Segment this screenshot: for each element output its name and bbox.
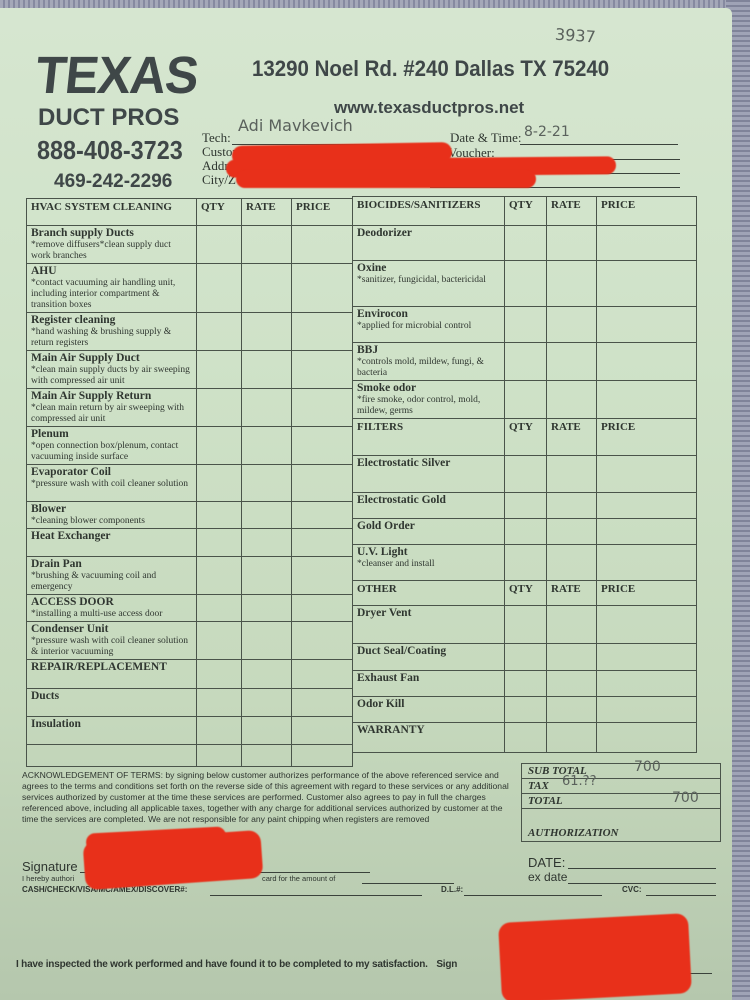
item-description-cell: Ducts: [27, 689, 197, 717]
price-cell[interactable]: [292, 595, 353, 622]
table-row: Oxine*sanitizer, fungicidal, bactericida…: [353, 261, 697, 307]
item-desc: *fire smoke, odor control, mold, mildew,…: [357, 395, 500, 417]
exdate-label: ex date: [528, 870, 567, 884]
exdate-field[interactable]: [568, 883, 716, 884]
rate-cell[interactable]: [242, 622, 292, 660]
hvac-header-row: HVAC SYSTEM CLEANINGQTYRATEPRICE: [27, 199, 353, 226]
cvc-label: CVC:: [622, 885, 642, 894]
item-name: Odor Kill: [357, 698, 500, 711]
inspection-text: I have inspected the work performed and …: [16, 959, 428, 970]
item-description-cell: Oxine*sanitizer, fungicidal, bactericida…: [353, 261, 505, 307]
item-name: Deodorizer: [357, 227, 500, 240]
qty-cell[interactable]: [197, 427, 242, 465]
item-name: ACCESS DOOR: [31, 596, 192, 609]
rate-cell[interactable]: [547, 644, 597, 671]
table-row: Smoke odor*fire smoke, odor control, mol…: [353, 381, 697, 419]
item-desc: *remove diffusers*clean supply duct work…: [31, 240, 192, 262]
rate-cell[interactable]: [547, 226, 597, 261]
phone-primary: 888-408-3723: [37, 135, 183, 166]
item-desc: *clean main return by air sweeping with …: [31, 403, 192, 425]
rate-cell[interactable]: [547, 671, 597, 697]
logo-duct-pros: DUCT PROS: [38, 104, 179, 132]
dl-field[interactable]: [464, 895, 602, 896]
qty-cell[interactable]: [505, 519, 547, 545]
rate-cell[interactable]: [547, 545, 597, 581]
logo-texas: TEXAS: [33, 45, 201, 106]
item-description-cell: Exhaust Fan: [353, 671, 505, 697]
item-name: Electrostatic Silver: [357, 457, 500, 470]
item-name: Condenser Unit: [31, 623, 192, 636]
qty-cell[interactable]: [505, 723, 547, 753]
qty-cell[interactable]: [505, 261, 547, 307]
table-row: Heat Exchanger: [27, 529, 353, 557]
price-cell[interactable]: [292, 313, 353, 351]
qty-cell[interactable]: [197, 502, 242, 529]
tech-field[interactable]: Adi Mavkevich: [238, 116, 353, 135]
charge-amount-field[interactable]: [362, 883, 454, 884]
item-name: Drain Pan: [31, 558, 192, 571]
rate-cell[interactable]: [242, 557, 292, 595]
terms-acknowledgement: ACKNOWLEDGEMENT OF TERMS: by signing bel…: [22, 770, 512, 825]
table-row: Ducts: [27, 689, 353, 717]
section-title: OTHER: [353, 581, 505, 606]
item-desc: *pressure wash with coil cleaner solutio…: [31, 479, 192, 490]
item-name: Main Air Supply Return: [31, 390, 192, 403]
item-description-cell: Electrostatic Silver: [353, 456, 505, 493]
table-row: REPAIR/REPLACEMENT: [27, 660, 353, 689]
item-name: Gold Order: [357, 520, 500, 533]
item-name: Electrostatic Gold: [357, 494, 500, 507]
item-description-cell: U.V. Light*cleanser and install: [353, 545, 505, 581]
item-description-cell: Deodorizer: [353, 226, 505, 261]
rate-cell[interactable]: [242, 717, 292, 745]
item-description-cell: BBJ*controls mold, mildew, fungi, & bact…: [353, 343, 505, 381]
section-title: BIOCIDES/SANITIZERS: [353, 197, 505, 226]
dl-label: D.L.#:: [441, 885, 463, 894]
qty-cell[interactable]: [197, 595, 242, 622]
date-field[interactable]: [568, 868, 716, 869]
price-cell[interactable]: [292, 557, 353, 595]
price-cell[interactable]: [597, 545, 697, 581]
item-desc: *controls mold, mildew, fungi, & bacteri…: [357, 357, 500, 379]
item-description-cell: REPAIR/REPLACEMENT: [27, 660, 197, 689]
rate-cell[interactable]: [547, 697, 597, 723]
table-row: Electrostatic Gold: [353, 493, 697, 519]
company-address: 13290 Noel Rd. #240 Dallas TX 75240: [252, 56, 609, 82]
rate-cell[interactable]: [547, 456, 597, 493]
table-row: Exhaust Fan: [353, 671, 697, 697]
qty-cell[interactable]: [505, 606, 547, 644]
item-desc: *sanitizer, fungicidal, bactericidal: [357, 275, 500, 286]
biocides-header-row: BIOCIDES/SANITIZERSQTYRATEPRICE: [353, 197, 697, 226]
redaction-city: [236, 170, 536, 188]
item-description-cell: Dryer Vent: [353, 606, 505, 644]
table-row: [27, 745, 353, 767]
qty-cell[interactable]: [197, 717, 242, 745]
filters-header-row: FILTERSQTYRATEPRICE: [353, 419, 697, 456]
item-description-cell: Register cleaning*hand washing & brushin…: [27, 313, 197, 351]
inspection-statement: I have inspected the work performed and …: [16, 959, 457, 970]
column-header-price: PRICE: [292, 199, 353, 226]
total-label: TOTAL: [528, 795, 563, 807]
total-row: TOTAL 700: [522, 794, 721, 809]
item-name: Blower: [31, 503, 192, 516]
table-row: Deodorizer: [353, 226, 697, 261]
item-desc: *hand washing & brushing supply & return…: [31, 327, 192, 349]
rate-cell[interactable]: [242, 389, 292, 427]
other-header-row: OTHERQTYRATEPRICE: [353, 581, 697, 606]
item-description-cell: Odor Kill: [353, 697, 505, 723]
authorize-text-end: card for the amount of: [262, 874, 335, 883]
table-row: Blower*cleaning blower components: [27, 502, 353, 529]
price-cell[interactable]: [597, 519, 697, 545]
table-row: Dryer Vent: [353, 606, 697, 644]
signature-label: Signature: [22, 859, 78, 874]
qty-cell[interactable]: [197, 557, 242, 595]
rate-cell[interactable]: [242, 595, 292, 622]
rate-cell[interactable]: [547, 493, 597, 519]
qty-cell[interactable]: [505, 343, 547, 381]
price-cell[interactable]: [597, 226, 697, 261]
rate-cell[interactable]: [242, 529, 292, 557]
table-row: ACCESS DOOR*installing a multi-use acces…: [27, 595, 353, 622]
qty-cell[interactable]: [505, 493, 547, 519]
column-header-qty: QTY: [505, 581, 547, 606]
column-header-qty: QTY: [505, 419, 547, 456]
qty-cell[interactable]: [505, 644, 547, 671]
qty-cell[interactable]: [505, 381, 547, 419]
cvc-field[interactable]: [646, 895, 716, 896]
item-name: Insulation: [31, 718, 192, 731]
column-header-price: PRICE: [597, 581, 697, 606]
column-header-qty: QTY: [197, 199, 242, 226]
item-description-cell: Drain Pan*brushing & vacuuming coil and …: [27, 557, 197, 595]
price-cell[interactable]: [292, 465, 353, 502]
table-row: Branch supply Ducts*remove diffusers*cle…: [27, 226, 353, 264]
rate-cell[interactable]: [242, 351, 292, 389]
hvac-table: HVAC SYSTEM CLEANINGQTYRATEPRICEBranch s…: [26, 198, 353, 767]
qty-cell[interactable]: [505, 697, 547, 723]
rate-cell[interactable]: [242, 502, 292, 529]
item-description-cell: Electrostatic Gold: [353, 493, 505, 519]
qty-cell[interactable]: [197, 465, 242, 502]
rate-cell[interactable]: [547, 381, 597, 419]
item-name: Exhaust Fan: [357, 672, 500, 685]
item-desc: *contact vacuuming air handling unit, in…: [31, 278, 192, 311]
item-desc: *open connection box/plenum, contact vac…: [31, 441, 192, 463]
item-desc: *installing a multi-use access door: [31, 609, 192, 620]
price-cell[interactable]: [292, 389, 353, 427]
price-cell[interactable]: [597, 671, 697, 697]
rate-cell[interactable]: [547, 519, 597, 545]
item-desc: *clean main supply ducts by air sweeping…: [31, 365, 192, 387]
column-header-rate: RATE: [242, 199, 292, 226]
phone-secondary: 469-242-2296: [54, 171, 172, 193]
tax-value[interactable]: 61.??: [562, 774, 596, 789]
qty-cell[interactable]: [505, 226, 547, 261]
rate-cell[interactable]: [242, 745, 292, 767]
item-description-cell: Branch supply Ducts*remove diffusers*cle…: [27, 226, 197, 264]
item-description-cell: Envirocon*applied for microbial control: [353, 307, 505, 343]
price-cell[interactable]: [292, 717, 353, 745]
qty-cell[interactable]: [505, 456, 547, 493]
item-description-cell: [27, 745, 197, 767]
qty-cell[interactable]: [197, 660, 242, 689]
date-label: DATE:: [528, 855, 565, 870]
item-description-cell: Duct Seal/Coating: [353, 644, 505, 671]
payment-number-field[interactable]: [210, 895, 422, 896]
table-row: Register cleaning*hand washing & brushin…: [27, 313, 353, 351]
item-name: Duct Seal/Coating: [357, 645, 500, 658]
rate-cell[interactable]: [547, 343, 597, 381]
column-header-rate: RATE: [547, 581, 597, 606]
table-row: Main Air Supply Return*clean main return…: [27, 389, 353, 427]
subtotal-row: SUB TOTAL 700: [522, 764, 721, 779]
qty-cell[interactable]: [197, 389, 242, 427]
item-desc: *cleanser and install: [357, 559, 500, 570]
item-desc: *pressure wash with coil cleaner solutio…: [31, 636, 192, 658]
qty-cell[interactable]: [505, 671, 547, 697]
authorization-row: AUTHORIZATION: [522, 809, 721, 842]
item-description-cell: Insulation: [27, 717, 197, 745]
totals-table: SUB TOTAL 700 TAX 61.?? TOTAL 700 AUTHOR…: [521, 763, 721, 842]
rate-cell[interactable]: [242, 313, 292, 351]
table-row: Odor Kill: [353, 697, 697, 723]
price-cell[interactable]: [597, 381, 697, 419]
item-desc: *brushing & vacuuming coil and emergency: [31, 571, 192, 593]
qty-cell[interactable]: [197, 745, 242, 767]
item-description-cell: AHU*contact vacuuming air handling unit,…: [27, 264, 197, 313]
item-description-cell: Smoke odor*fire smoke, odor control, mol…: [353, 381, 505, 419]
price-cell[interactable]: [292, 622, 353, 660]
qty-cell[interactable]: [197, 351, 242, 389]
invoice-form: TEXAS DUCT PROS 888-408-3723 469-242-229…: [0, 8, 732, 1000]
rate-cell[interactable]: [242, 465, 292, 502]
table-row: Gold Order: [353, 519, 697, 545]
item-description-cell: Main Air Supply Return*clean main return…: [27, 389, 197, 427]
table-row: Electrostatic Silver: [353, 456, 697, 493]
price-cell[interactable]: [597, 307, 697, 343]
price-cell[interactable]: [597, 697, 697, 723]
qty-cell[interactable]: [197, 226, 242, 264]
table-row: WARRANTY: [353, 723, 697, 753]
qty-cell[interactable]: [197, 264, 242, 313]
rate-cell[interactable]: [242, 427, 292, 465]
table-row: Plenum*open connection box/plenum, conta…: [27, 427, 353, 465]
item-name: Plenum: [31, 428, 192, 441]
item-description-cell: WARRANTY: [353, 723, 505, 753]
item-name: Ducts: [31, 690, 192, 703]
column-header-rate: RATE: [547, 197, 597, 226]
price-cell[interactable]: [597, 606, 697, 644]
qty-cell[interactable]: [197, 622, 242, 660]
item-description-cell: Blower*cleaning blower components: [27, 502, 197, 529]
price-cell[interactable]: [292, 351, 353, 389]
price-cell[interactable]: [597, 456, 697, 493]
column-header-price: PRICE: [597, 197, 697, 226]
price-cell[interactable]: [292, 226, 353, 264]
item-name: Branch supply Ducts: [31, 227, 192, 240]
table-row: Evaporator Coil*pressure wash with coil …: [27, 465, 353, 502]
rate-cell[interactable]: [547, 307, 597, 343]
tax-label: TAX: [528, 780, 549, 792]
rate-cell[interactable]: [547, 723, 597, 753]
qty-cell[interactable]: [505, 307, 547, 343]
table-row: Duct Seal/Coating: [353, 644, 697, 671]
price-cell[interactable]: [597, 644, 697, 671]
inspection-signature-label: Sign: [436, 959, 457, 970]
form-number: 3937: [554, 25, 596, 47]
authorize-text-start: I hereby authori: [22, 874, 74, 883]
item-name: Envirocon: [357, 308, 500, 321]
rate-cell[interactable]: [242, 660, 292, 689]
item-name: Main Air Supply Duct: [31, 352, 192, 365]
price-cell[interactable]: [292, 745, 353, 767]
item-name: Dryer Vent: [357, 607, 500, 620]
item-desc: *applied for microbial control: [357, 321, 500, 332]
table-row: Main Air Supply Duct*clean main supply d…: [27, 351, 353, 389]
table-row: BBJ*controls mold, mildew, fungi, & bact…: [353, 343, 697, 381]
item-desc: *cleaning blower components: [31, 516, 192, 527]
price-cell[interactable]: [292, 502, 353, 529]
date-time-label: Date & Time:: [450, 130, 522, 146]
section-title: FILTERS: [353, 419, 505, 456]
authorization-label: AUTHORIZATION: [528, 827, 618, 839]
rate-cell[interactable]: [547, 261, 597, 307]
qty-cell[interactable]: [197, 313, 242, 351]
column-header-price: PRICE: [597, 419, 697, 456]
subtotal-value[interactable]: 700: [634, 759, 661, 775]
item-name: REPAIR/REPLACEMENT: [31, 661, 192, 674]
rate-cell[interactable]: [242, 689, 292, 717]
table-row: Envirocon*applied for microbial control: [353, 307, 697, 343]
price-cell[interactable]: [597, 723, 697, 753]
date-time-field[interactable]: 8-2-21: [524, 124, 570, 140]
date-field-line: [520, 144, 678, 145]
item-description-cell: Evaporator Coil*pressure wash with coil …: [27, 465, 197, 502]
price-cell[interactable]: [597, 343, 697, 381]
table-row: Condenser Unit*pressure wash with coil c…: [27, 622, 353, 660]
rate-cell[interactable]: [547, 606, 597, 644]
item-description-cell: Plenum*open connection box/plenum, conta…: [27, 427, 197, 465]
item-name: Oxine: [357, 262, 500, 275]
item-name: Register cleaning: [31, 314, 192, 327]
price-cell[interactable]: [597, 493, 697, 519]
rate-cell[interactable]: [242, 264, 292, 313]
table-row: AHU*contact vacuuming air handling unit,…: [27, 264, 353, 313]
rate-cell[interactable]: [242, 226, 292, 264]
item-name: Heat Exchanger: [31, 530, 192, 543]
price-cell[interactable]: [597, 261, 697, 307]
column-header-rate: RATE: [547, 419, 597, 456]
item-name: AHU: [31, 265, 192, 278]
item-description-cell: ACCESS DOOR*installing a multi-use acces…: [27, 595, 197, 622]
qty-cell[interactable]: [197, 689, 242, 717]
item-description-cell: Condenser Unit*pressure wash with coil c…: [27, 622, 197, 660]
item-name: Evaporator Coil: [31, 466, 192, 479]
item-name: Smoke odor: [357, 382, 500, 395]
redaction-inspection-signature: [498, 913, 692, 1000]
price-cell[interactable]: [292, 427, 353, 465]
table-row: Insulation: [27, 717, 353, 745]
item-name: WARRANTY: [357, 724, 500, 737]
qty-cell[interactable]: [505, 545, 547, 581]
price-cell[interactable]: [292, 529, 353, 557]
column-header-qty: QTY: [505, 197, 547, 226]
table-row: U.V. Light*cleanser and install: [353, 545, 697, 581]
qty-cell[interactable]: [197, 529, 242, 557]
table-row: Drain Pan*brushing & vacuuming coil and …: [27, 557, 353, 595]
item-name: BBJ: [357, 344, 500, 357]
item-name: U.V. Light: [357, 546, 500, 559]
total-value[interactable]: 700: [672, 790, 699, 806]
price-cell[interactable]: [292, 660, 353, 689]
item-description-cell: Heat Exchanger: [27, 529, 197, 557]
section-title: HVAC SYSTEM CLEANING: [27, 199, 197, 226]
price-cell[interactable]: [292, 689, 353, 717]
company-website[interactable]: www.texasductpros.net: [334, 98, 524, 118]
price-cell[interactable]: [292, 264, 353, 313]
item-description-cell: Gold Order: [353, 519, 505, 545]
services-table: BIOCIDES/SANITIZERSQTYRATEPRICEDeodorize…: [352, 196, 697, 753]
item-description-cell: Main Air Supply Duct*clean main supply d…: [27, 351, 197, 389]
